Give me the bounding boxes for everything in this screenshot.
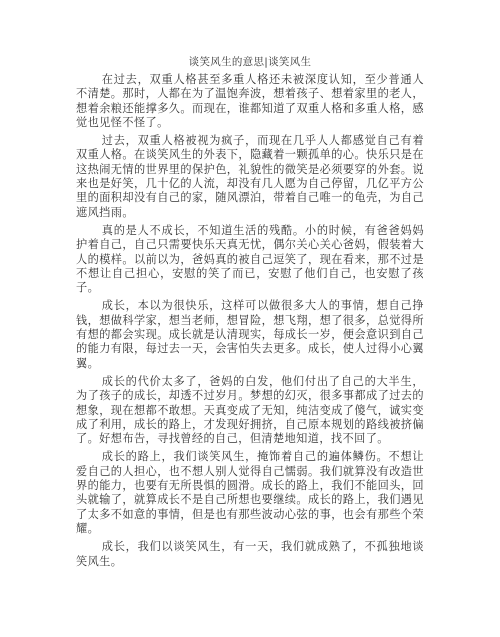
paragraph-7: 成长，我们以谈笑风生，有一天，我们就成熟了，不孤独地谈笑风生。 [76,540,424,569]
paragraph-6: 成长的路上，我们谈笑风生，掩饰着自己的遍体鳞伤。不想让爱自己的人担心，也不想人别… [76,450,424,536]
document-title: 谈笑风生的意思|谈笑风生 [76,55,424,69]
document-page: 谈笑风生的意思|谈笑风生 在过去，双重人格甚至多重人格还未被深度认知，至少普通人… [76,55,424,573]
paragraph-3: 真的是人不成长，不知道生活的残酷。小的时候，有爸爸妈妈护着自己，自己只需要快乐天… [76,224,424,295]
paragraph-5: 成长的代价太多了，爸妈的白发，他们付出了自己的大半生，为了孩子的成长，却透不过岁… [76,375,424,446]
paragraph-1: 在过去，双重人格甚至多重人格还未被深度认知，至少普通人不清楚。那时，人都在为了温… [76,73,424,130]
paragraph-4: 成长，本以为很快乐，这样可以做很多大人的事情，想自己挣钱，想做科学家，想当老师，… [76,299,424,370]
paragraph-2: 过去，双重人格被视为疯子，而现在几乎人人都感觉自己有着双重人格。在谈笑风生的外表… [76,134,424,220]
